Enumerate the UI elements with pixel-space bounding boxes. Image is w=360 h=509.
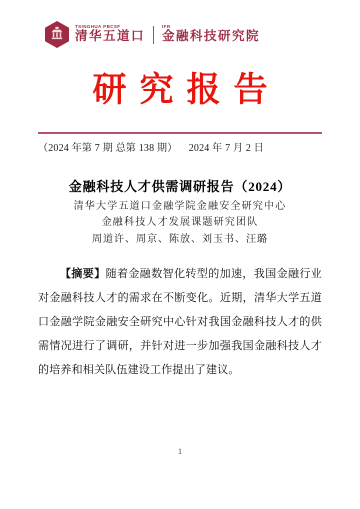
header-logo: TSINGHUA PBCSF 清华五道口 IFR 金融科技研究院 (45, 21, 260, 48)
masthead-title: 研究报告 (0, 62, 360, 111)
issue-date: 2024 年 7 月 2 日 (189, 139, 264, 154)
brand-ifr: IFR 金融科技研究院 (162, 25, 260, 44)
abstract-label: 【摘要】 (60, 268, 106, 280)
report-org-team: 金融科技人才发展课题研究团队 (0, 213, 360, 228)
report-page: TSINGHUA PBCSF 清华五道口 IFR 金融科技研究院 研究报告 （2… (0, 0, 360, 509)
abstract-paragraph: 【摘要】随着金融数智化转型的加速，我国金融行业对金融科技人才的需求在不断变化。近… (38, 262, 322, 382)
page-number: 1 (0, 447, 360, 456)
brand-pbcsf: TSINGHUA PBCSF 清华五道口 (75, 25, 145, 44)
abstract-text: 随着金融数智化转型的加速，我国金融行业对金融科技人才的需求在不断变化。近期，清华… (38, 268, 322, 376)
tsinghua-pbcsf-emblem-icon (45, 21, 69, 48)
header-rule (38, 132, 322, 134)
logo-divider (153, 26, 154, 44)
report-authors: 周道许、周京、陈放、刘玉书、汪璐 (0, 230, 360, 245)
report-org-center: 清华大学五道口金融学院金融安全研究中心 (0, 197, 360, 212)
report-title: 金融科技人才供需调研报告（2024） (0, 176, 360, 195)
issue-number: （2024 年第 7 期 总第 138 期） (38, 139, 177, 154)
issue-line: （2024 年第 7 期 总第 138 期） 2024 年 7 月 2 日 (38, 139, 322, 154)
brand-pbcsf-zh: 清华五道口 (75, 30, 145, 44)
brand-ifr-zh: 金融科技研究院 (162, 30, 260, 44)
